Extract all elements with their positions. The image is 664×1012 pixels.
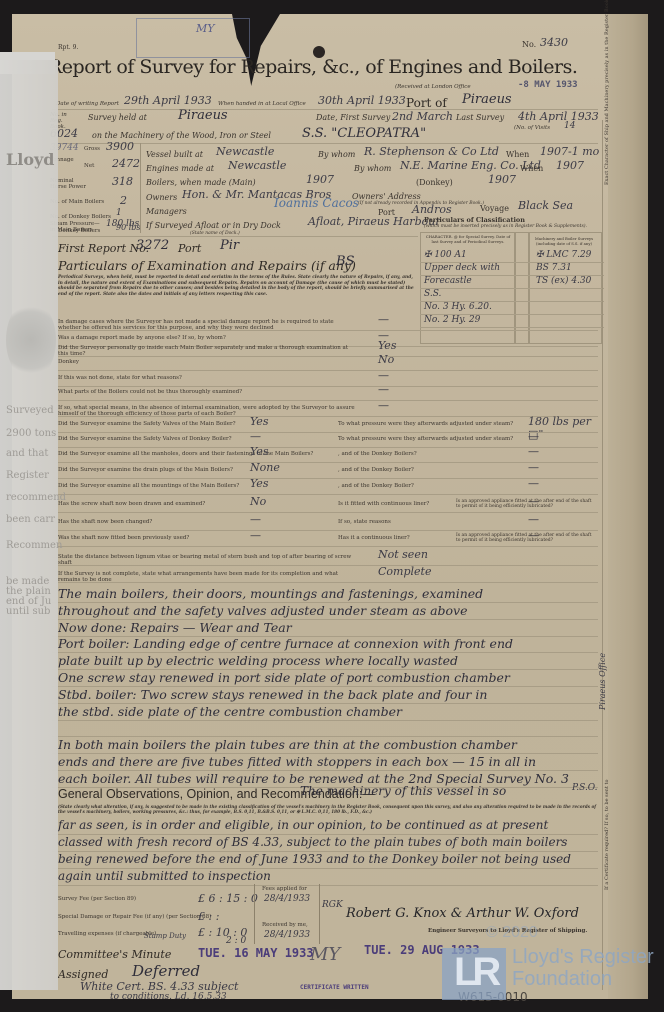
owners-address-label: Owners' Address	[352, 192, 421, 201]
question-row: DonkeyNo	[58, 356, 598, 370]
question-text: Has the shaft now been changed?	[58, 519, 152, 525]
survey-held-label: Survey held at	[88, 113, 147, 122]
classification-machinery-entry: TS (ex) 4.30	[536, 276, 591, 286]
form-code: Rpt. 9.	[58, 44, 78, 51]
question-answer: None	[250, 461, 280, 474]
rule	[420, 288, 604, 289]
classification-header-character: CHARACTER. @ for Special Survey. Date of…	[424, 234, 512, 244]
question-text: Did the Surveyor examine all the mountin…	[58, 483, 239, 489]
visits-label: (No. of Visits	[514, 125, 550, 131]
survey-fee-value: £ 6 : 15 : 0	[198, 892, 258, 905]
gross-label: Gross	[84, 146, 100, 152]
first-survey-value: 2nd March	[392, 110, 453, 123]
question-text: Did the Surveyor examine the drain plugs…	[58, 467, 233, 473]
question-answer: —	[250, 513, 261, 526]
underlying-text-fragment: recommend	[6, 492, 66, 503]
rule	[58, 330, 598, 331]
travelling-label: Travelling expenses (if chargeable)	[58, 931, 156, 937]
question-row: If so, what special means, in the absenc…	[58, 402, 598, 416]
stamp-initials: MY	[196, 22, 215, 35]
question-answer: —	[250, 430, 261, 443]
bottom-note-2: to conditions. Ld. 16.5.33	[110, 992, 227, 1002]
rule	[58, 546, 598, 547]
rule	[58, 494, 598, 495]
built-when-value: 1907-1 mo	[540, 145, 599, 158]
question-row: Did the Surveyor personally go inside ea…	[58, 342, 598, 356]
rule	[58, 400, 598, 401]
voyage-label: Voyage	[480, 204, 509, 213]
question-row: Has the screw shaft now been drawn and e…	[58, 498, 598, 512]
observation-line: The machinery of this vessel in so	[300, 784, 506, 798]
classification-character-entry: S.S.	[424, 289, 441, 299]
question-text: Was the shaft now fitted been previously…	[58, 535, 189, 541]
underlying-text-fragment: Surveyed	[6, 405, 54, 416]
observation-line: far as seen, is in order and eligible, i…	[58, 818, 548, 832]
question-answer: Yes	[250, 477, 268, 490]
question-row: If this was not done, state for what rea…	[58, 372, 598, 386]
managers-value: Ioannis Cacos	[274, 196, 359, 210]
seal-emblem	[6, 300, 56, 380]
question-row: Was the shaft now fitted been previously…	[58, 532, 598, 546]
built-by-value: R. Stephenson & Co Ltd	[364, 145, 499, 158]
particulars-instructions: Periodical Surveys, when held, must be r…	[58, 275, 414, 297]
particulars-annotation: BS	[336, 254, 354, 269]
managers-label: Managers	[146, 207, 187, 216]
question-row: Did the Surveyor examine the drain plugs…	[58, 464, 598, 478]
visits-value: 14	[564, 121, 575, 131]
boilers-main-label: Boilers, when made (Main)	[146, 178, 256, 187]
margin-rule	[602, 120, 603, 990]
fees-applied-label: Fees applied for	[262, 886, 307, 892]
question-text: Did the Surveyor examine the Safety Valv…	[58, 421, 236, 427]
narrative-line: The main boilers, their doors, mountings…	[58, 586, 483, 601]
question-text: Did the Surveyor examine all the manhole…	[58, 451, 313, 457]
classification-header-machinery: Machinery and Boiler Surveys (including …	[531, 236, 597, 246]
first-report-number: 3272	[136, 238, 169, 253]
lr-logo-letters: LR	[454, 950, 495, 995]
rule	[58, 478, 598, 479]
narrative-line: In both main boilers the plain tubes are…	[58, 737, 517, 752]
question-answer: —	[378, 383, 389, 396]
question-text-secondary: , and of the Donkey Boilers?	[338, 451, 417, 457]
nominal-hp-value: 318	[112, 175, 133, 188]
engines-when-value: 1907	[556, 159, 584, 172]
last-survey-value: 4th April 1933	[518, 110, 599, 123]
question-text-secondary: Has it a continuous liner?	[338, 535, 410, 541]
vessel-built-label: Vessel built at	[146, 150, 203, 159]
divider	[140, 143, 141, 233]
voyage-value: Black Sea	[518, 199, 573, 212]
rule	[52, 720, 598, 721]
question-answer: —	[250, 529, 261, 542]
narrative-line: Now done: Repairs — Wear and Tear	[58, 620, 292, 635]
question-answer: —	[378, 369, 389, 382]
narrative-line: plate built up by electric welding proce…	[58, 653, 458, 668]
document-title: Report of Survey for Repairs, &c., of En…	[48, 56, 577, 78]
classification-heading: Particulars of Classification	[424, 216, 525, 224]
underlying-text-fragment: Lloyd	[6, 150, 54, 169]
question-answer-secondary: —	[528, 461, 539, 474]
port-of-label: Port of	[406, 96, 447, 110]
narrative-line: throughout and the safety valves adjuste…	[58, 603, 468, 618]
classification-note: (which must be inserted precisely as in …	[424, 224, 594, 229]
page-right-margin	[608, 14, 648, 999]
question-text-secondary: To what pressure were they afterwards ad…	[338, 436, 513, 442]
question-row: If the Survey is not complete, state wha…	[58, 568, 598, 582]
underlying-text-fragment: Recommen	[6, 540, 62, 551]
received-label: (Received at London Office	[395, 84, 471, 90]
underlying-text-fragment: Register	[6, 470, 49, 481]
narrative-line: Port boiler: Landing edge of centre furn…	[58, 636, 513, 651]
net-label: Net	[84, 163, 94, 169]
survey-fee-label: Survey Fee (per Section 89)	[58, 896, 136, 902]
handed-in-label: When handed in at Local Office	[218, 101, 306, 107]
certificate-margin-note: If a Certificate required? If so, to be …	[604, 779, 610, 890]
date-writing-value: 29th April 1933	[124, 94, 212, 107]
rule	[58, 565, 598, 566]
question-text-secondary: , and of the Donkey Boiler?	[338, 467, 414, 473]
rule	[58, 370, 598, 371]
underlying-text-fragment: 2900 tons	[6, 428, 56, 439]
question-row: State the distance between lignum vitae …	[58, 551, 598, 565]
observations-instructions: (State clearly what alteration, if any, …	[58, 804, 598, 814]
question-text: Has the screw shaft now been drawn and e…	[58, 501, 205, 507]
classification-character-entry: ✠ 100 A1	[424, 250, 467, 260]
survey-held-value: Piraeus	[178, 108, 228, 123]
boilers-donkey-value: 1907	[488, 173, 516, 186]
rule	[52, 109, 598, 110]
question-answer-secondary: —	[528, 477, 539, 490]
first-report-port-label: Port	[178, 242, 201, 255]
question-row: What parts of the Boilers could not be t…	[58, 386, 598, 400]
classification-side-note: Exact Character of Ship and Machinery pr…	[604, 0, 610, 185]
classification-character-entry: Upper deck with	[424, 263, 500, 273]
question-text-secondary: To what pressure were they afterwards ad…	[338, 421, 513, 427]
vessel-name: S.S. "CLEOPATRA"	[302, 126, 426, 141]
rule	[58, 530, 598, 531]
question-text-secondary: If so, state reasons	[338, 519, 391, 525]
received-by-label: Received by me,	[262, 922, 308, 928]
handed-in-value: 30th April 1933	[318, 94, 406, 107]
question-answer-secondary: —	[528, 445, 539, 458]
underlying-text-fragment: until sub	[6, 606, 50, 617]
surveyed-label: If Surveyed Afloat or in Dry Dock	[146, 221, 281, 230]
question-answer: No	[250, 495, 266, 508]
question-answer: Yes	[250, 445, 268, 458]
question-answer-secondary: —	[528, 430, 539, 443]
fees-initials: RGK	[322, 900, 343, 910]
travelling-note: Stamp Duty	[144, 932, 186, 940]
question-row: Did the Surveyor examine all the manhole…	[58, 448, 598, 462]
question-row: In damage cases where the Surveyor has n…	[58, 316, 598, 330]
damage-fee-label: Special Damage or Repair Fee (if any) (p…	[58, 914, 211, 920]
watermark-copyright: © 2020	[486, 924, 538, 942]
net-value: 2472	[112, 157, 140, 170]
vessel-built-value: Newcastle	[216, 145, 274, 158]
donkey-boilers-value: 1	[116, 208, 122, 218]
assigned-value: Deferred	[132, 962, 200, 980]
surveyor-signatures: Robert G. Knox & Arthur W. Oxford	[346, 906, 579, 921]
engines-when-label: When	[520, 164, 543, 173]
question-answer: —	[378, 313, 389, 326]
committee-date-stamp: TUE. 16 MAY 1933	[198, 946, 314, 960]
received-stamp-box	[136, 18, 250, 58]
boilers-main-value: 1907	[306, 173, 334, 186]
question-text: Did the Surveyor examine the Safety Valv…	[58, 436, 232, 442]
received-by-value: 28/4/1933	[264, 930, 310, 940]
rule	[58, 462, 598, 463]
narrative-line: the stbd. side plate of the centre combu…	[58, 704, 402, 719]
report-number: 3430	[540, 36, 568, 49]
report-number-label: No.	[522, 40, 536, 49]
donkey-boilers-label: No. of Donkey Boilers	[50, 214, 111, 220]
main-boilers-label: No. of Main Boilers	[50, 199, 104, 205]
fees-applied-value: 28/4/1933	[264, 894, 310, 904]
question-text: If this was not done, state for what rea…	[58, 375, 182, 381]
watermark-line-1: Lloyd's Register	[512, 946, 654, 969]
question-answer: Not seen	[378, 548, 428, 561]
boilers-donkey-label: (Donkey)	[416, 178, 453, 187]
committee-initials: MY	[310, 944, 340, 965]
engines-by-label: By whom	[354, 164, 391, 173]
main-boilers-value: 2	[120, 194, 127, 207]
question-text-secondary: Is it fitted with continuous liner?	[338, 501, 429, 507]
question-row: Did the Surveyor examine all the mountin…	[58, 480, 598, 494]
observation-line: again until submitted to inspection	[58, 869, 271, 883]
question-answer: Yes	[378, 339, 396, 352]
question-answer: —	[378, 399, 389, 412]
rule	[58, 582, 598, 583]
gross-value: 3900	[106, 140, 134, 153]
narrative-margin-note: P.S.O.	[572, 783, 598, 793]
narrative-line: ends and there are five tubes fitted wit…	[58, 754, 536, 769]
donkey-pressure-label: Donkey Boilers	[58, 228, 100, 234]
classification-character-entry: Forecastle	[424, 276, 472, 286]
classification-machinery-entry: BS 7.31	[536, 263, 572, 273]
first-survey-label: Date, First Survey	[316, 113, 390, 122]
question-text-tertiary: Is an approved appliance fitted at the a…	[456, 499, 596, 509]
received-date-stamp: -8 MAY 1933	[518, 80, 578, 90]
surveyed-value: Afloat, Piraeus Harbour	[308, 215, 441, 228]
question-row: Has the shaft now been changed?—If so, s…	[58, 516, 598, 530]
question-answer-secondary: —	[528, 513, 539, 526]
certificate-written-stamp: CERTIFICATE WRITTEN	[300, 984, 369, 991]
rule	[52, 236, 418, 237]
engines-made-value: Newcastle	[228, 159, 286, 172]
first-report-port: Pir	[220, 238, 239, 253]
rule	[52, 885, 598, 886]
owners-label: Owners	[146, 193, 177, 202]
certificate-margin-value: Piraeus Office	[598, 653, 607, 710]
classification-character-entry: No. 3 Hy. 6.20.	[424, 302, 492, 312]
question-text: Donkey	[58, 359, 79, 365]
question-text-secondary: , and of the Donkey Boiler?	[338, 483, 414, 489]
machinery-label: on the Machinery of the Wood, Iron or St…	[92, 131, 271, 140]
underlying-sheet	[0, 60, 58, 990]
question-text: Was a damage report made by anyone else?…	[58, 335, 226, 341]
observation-line: classed with fresh record of BS 4.33, su…	[58, 835, 567, 849]
question-row: Did the Surveyor examine the Safety Valv…	[58, 418, 598, 432]
engines-made-label: Engines made at	[146, 164, 214, 173]
donkey-pressure-value: 90 lbs	[116, 223, 141, 232]
rule	[58, 416, 598, 417]
port-of-value: Piraeus	[462, 92, 512, 107]
question-row: Did the Surveyor examine the Safety Valv…	[58, 433, 598, 447]
classification-machinery-entry: ✠ LMC 7.29	[536, 250, 591, 260]
watermark-line-2: Foundation	[512, 968, 612, 991]
question-text-tertiary: Is an approved appliance fitted at the a…	[456, 533, 596, 543]
rule	[58, 512, 598, 513]
committee-label: Committee's Minute	[58, 948, 171, 961]
question-text: What parts of the Boilers could not be t…	[58, 389, 242, 395]
underlying-text-fragment: been carr	[6, 514, 55, 525]
narrative-line: Stbd. boiler: Two screw stays renewed in…	[58, 687, 487, 702]
built-when-label: When	[506, 150, 529, 159]
date-writing-label: Date of writing Report	[56, 101, 119, 107]
particulars-heading: Particulars of Examination and Repairs (…	[58, 258, 356, 273]
observation-line: being renewed before the end of June 193…	[58, 852, 571, 866]
built-by-label: By whom	[318, 150, 355, 159]
question-answer: No	[378, 353, 394, 366]
narrative-line: One screw stay renewed in port side plat…	[58, 670, 510, 685]
question-answer: Yes	[250, 415, 268, 428]
question-answer: Complete	[378, 565, 431, 578]
damage-fee-value: £ : :	[198, 910, 219, 923]
travelling-extra: 2 : 0	[226, 936, 246, 946]
last-survey-label: Last Survey	[456, 113, 504, 122]
underlying-text-fragment: and that	[6, 448, 48, 459]
